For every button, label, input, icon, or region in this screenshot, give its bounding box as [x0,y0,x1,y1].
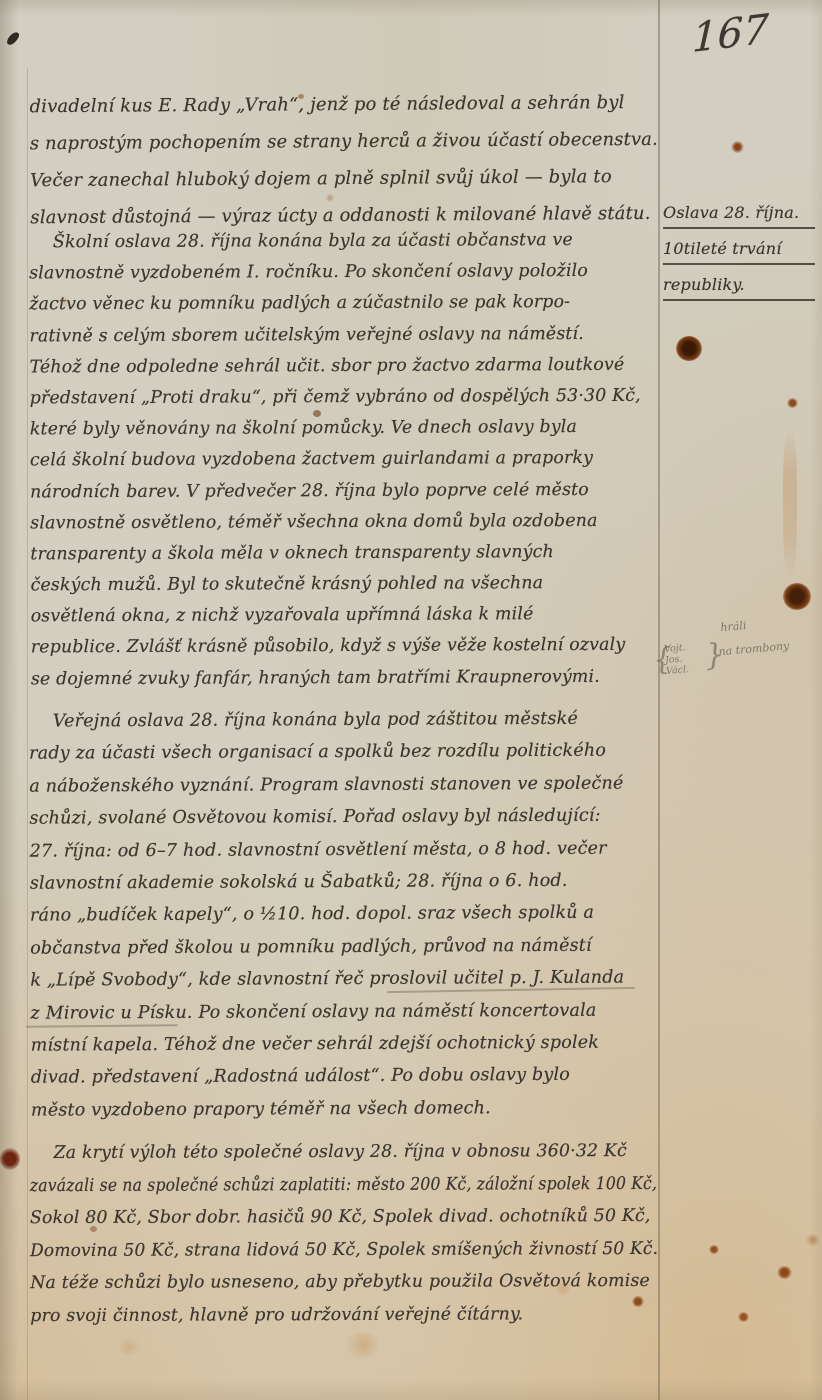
text-line: a náboženského vyznání. Program slavnost… [29,767,657,803]
text-line: místní kapela. Téhož dne večer sehrál zd… [31,1026,659,1062]
text-line: žactvo věnec ku pomníku padlých a zúčast… [29,287,657,321]
stain [676,336,702,361]
text-line: Za krytí výloh této společné oslavy 28. … [30,1135,658,1170]
text-line: schůzi, svolané Osvětovou komisí. Pořad … [29,800,657,836]
pencil-annotation: hráli { Vojt. Jos. Václ. } na trombony [648,613,822,699]
stain [783,583,811,610]
stain [777,1266,792,1279]
text-line: 27. října: od 6–7 hod. slavnostní osvětl… [30,832,658,868]
text-line: divad. představení „Radostná událost“. P… [31,1059,659,1095]
manuscript-page: 167 Oslava 28. října. 10tileté trvání re… [0,0,822,1400]
margin-note-line: 10tileté trvání [663,238,815,265]
text-line: rativně s celým sborem učitelským veřejn… [29,318,657,352]
ink-mark [5,30,21,47]
text-line: představení „Proti draku“, při čemž vybr… [30,381,658,415]
paragraph: Veřejná oslava 28. října konána byla pod… [29,702,663,1126]
stain [344,1332,382,1358]
text-line: které byly věnovány na školní pomůcky. V… [30,412,658,446]
text-line: celá školní budova vyzdobena žactvem gui… [30,443,658,477]
text-line: slavnostně vyzdobeném I. ročníku. Po sko… [29,256,657,290]
margin-note-line: Oslava 28. října. [663,202,815,229]
text-line: národních barev. V předvečer 28. října b… [30,474,658,508]
stain [738,1312,749,1322]
text-line: pro svoji činnost, hlavně pro udržování … [30,1297,658,1332]
text-line: slavnostně osvětleno, téměř všechna okna… [30,505,658,539]
text-line: transparenty a škola měla v oknech trans… [30,537,658,571]
text-line: Na téže schůzi bylo usneseno, aby přebyt… [30,1265,658,1300]
text-line: Veřejná oslava 28. října konána byla pod… [29,702,657,738]
text-line: Domovina 50 Kč, strana lidová 50 Kč, Spo… [30,1232,648,1267]
paragraph: Školní oslava 28. října konána byla za ú… [29,225,663,696]
stain [709,1245,719,1254]
margin-note: Oslava 28. října. 10tileté trvání republ… [663,202,815,310]
text-line: republice. Zvlášť krásně působilo, když … [31,630,659,664]
text-line: zavázali se na společné schůzi zaplatiti… [30,1168,598,1202]
text-line: město vyzdobeno prapory téměř na všech d… [31,1091,659,1127]
text-line: rady za účasti všech organisací a spolků… [29,735,657,771]
stain [787,398,798,408]
text-line: Školní oslava 28. října konána byla za ú… [29,225,657,259]
left-margin-rule [27,68,28,1400]
stain [0,1148,20,1170]
text-line: slavnostní akademie sokolská u Šabatků; … [30,864,658,900]
page-number: 167 [692,7,770,61]
text-line: s naprostým pochopením se strany herců a… [30,121,657,162]
text-line: k „Lípě Svobody“, kde slavnostní řeč pro… [30,961,658,997]
text-line: Sokol 80 Kč, Sbor dobr. hasičů 90 Kč, Sp… [30,1200,658,1235]
text-line: se dojemné zvuky fanfár, hraných tam bra… [31,661,659,695]
pencil-name: Václ. [666,664,690,677]
pencil-word: na trombony [718,639,790,658]
pencil-word: hráli [720,619,747,634]
pencil-names: Vojt. Jos. Václ. [664,642,690,677]
text-line: divadelní kus E. Rady „Vrah“, jenž po té… [29,84,657,125]
stain-streak [783,428,797,578]
text-line: Večer zanechal hluboký dojem a plně spln… [30,158,658,199]
text-line: Téhož dne odpoledne sehrál učit. sbor pr… [30,349,658,383]
text-line: osvětlená okna, z nichž vyzařovala upřím… [31,599,659,633]
text-line: ráno „budíček kapely“, o ½10. hod. dopol… [30,897,658,933]
paragraph: Za krytí výloh této společné oslavy 28. … [30,1135,663,1332]
stain [731,141,744,153]
text-line: českých mužů. Byl to skutečně krásný poh… [30,568,658,602]
text-line: občanstva před školou u pomníku padlých,… [30,929,658,965]
stain [806,1234,820,1246]
paragraph: divadelní kus E. Rady „Vrah“, jenž po té… [29,84,662,236]
stain [116,1338,142,1356]
margin-note-line: republiky. [663,274,815,301]
